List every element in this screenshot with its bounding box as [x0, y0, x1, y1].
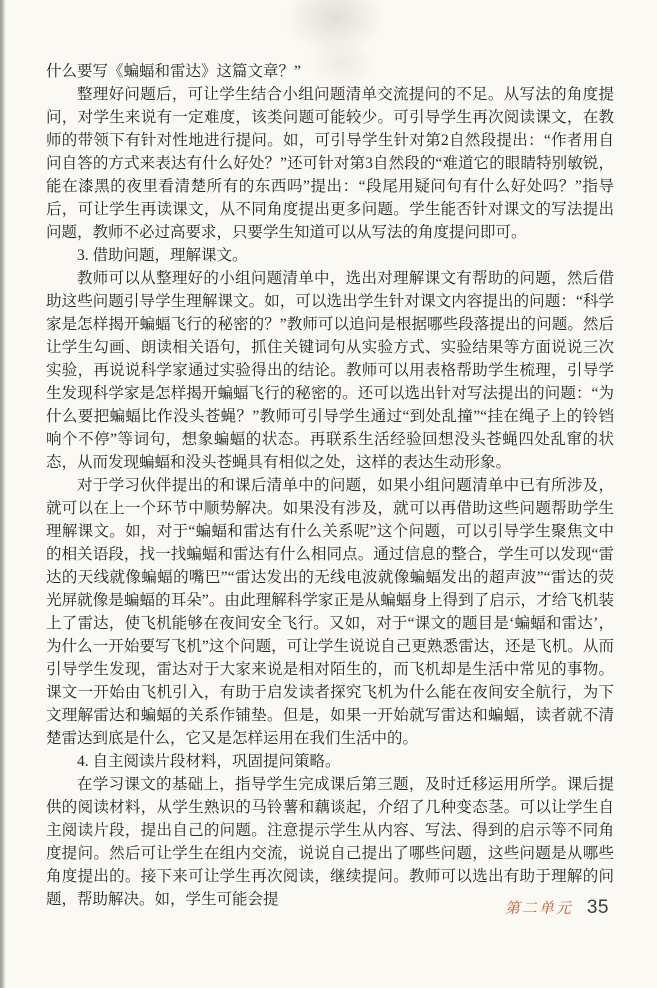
- text-column: 什么要写《蝙蝠和雷达》这篇文章？” 整理好问题后，可让学生结合小组问题清单交流提…: [46, 60, 614, 911]
- page-footer: 第二单元 35: [505, 897, 609, 919]
- section-heading-4: 4. 自主阅读片段材料，巩固提问策略。: [46, 750, 614, 773]
- book-page: 什么要写《蝙蝠和雷达》这篇文章？” 整理好问题后，可让学生结合小组问题清单交流提…: [0, 0, 657, 988]
- paragraph-body: 教师可以从整理好的小组问题清单中，选出对理解课文有帮助的问题，然后借助这些问题引…: [46, 267, 614, 474]
- section-heading-3: 3. 借助问题，理解课文。: [46, 244, 614, 267]
- paragraph-body: 整理好问题后，可让学生结合小组问题清单交流提问的不足。从写法的角度提问，对学生来…: [46, 83, 614, 244]
- binding-edge: [0, 0, 6, 988]
- footer-page-number: 35: [587, 897, 609, 919]
- paragraph-continuation: 什么要写《蝙蝠和雷达》这篇文章？”: [46, 60, 614, 83]
- paragraph-body: 在学习课文的基础上，指导学生完成课后第三题，及时迁移运用所学。课后提供的阅读材料…: [46, 773, 614, 911]
- paragraph-body: 对于学习伙伴提出的和课后清单中的问题，如果小组问题清单中已有所涉及，就可以在上一…: [46, 474, 614, 750]
- footer-unit-label: 第二单元: [505, 897, 573, 918]
